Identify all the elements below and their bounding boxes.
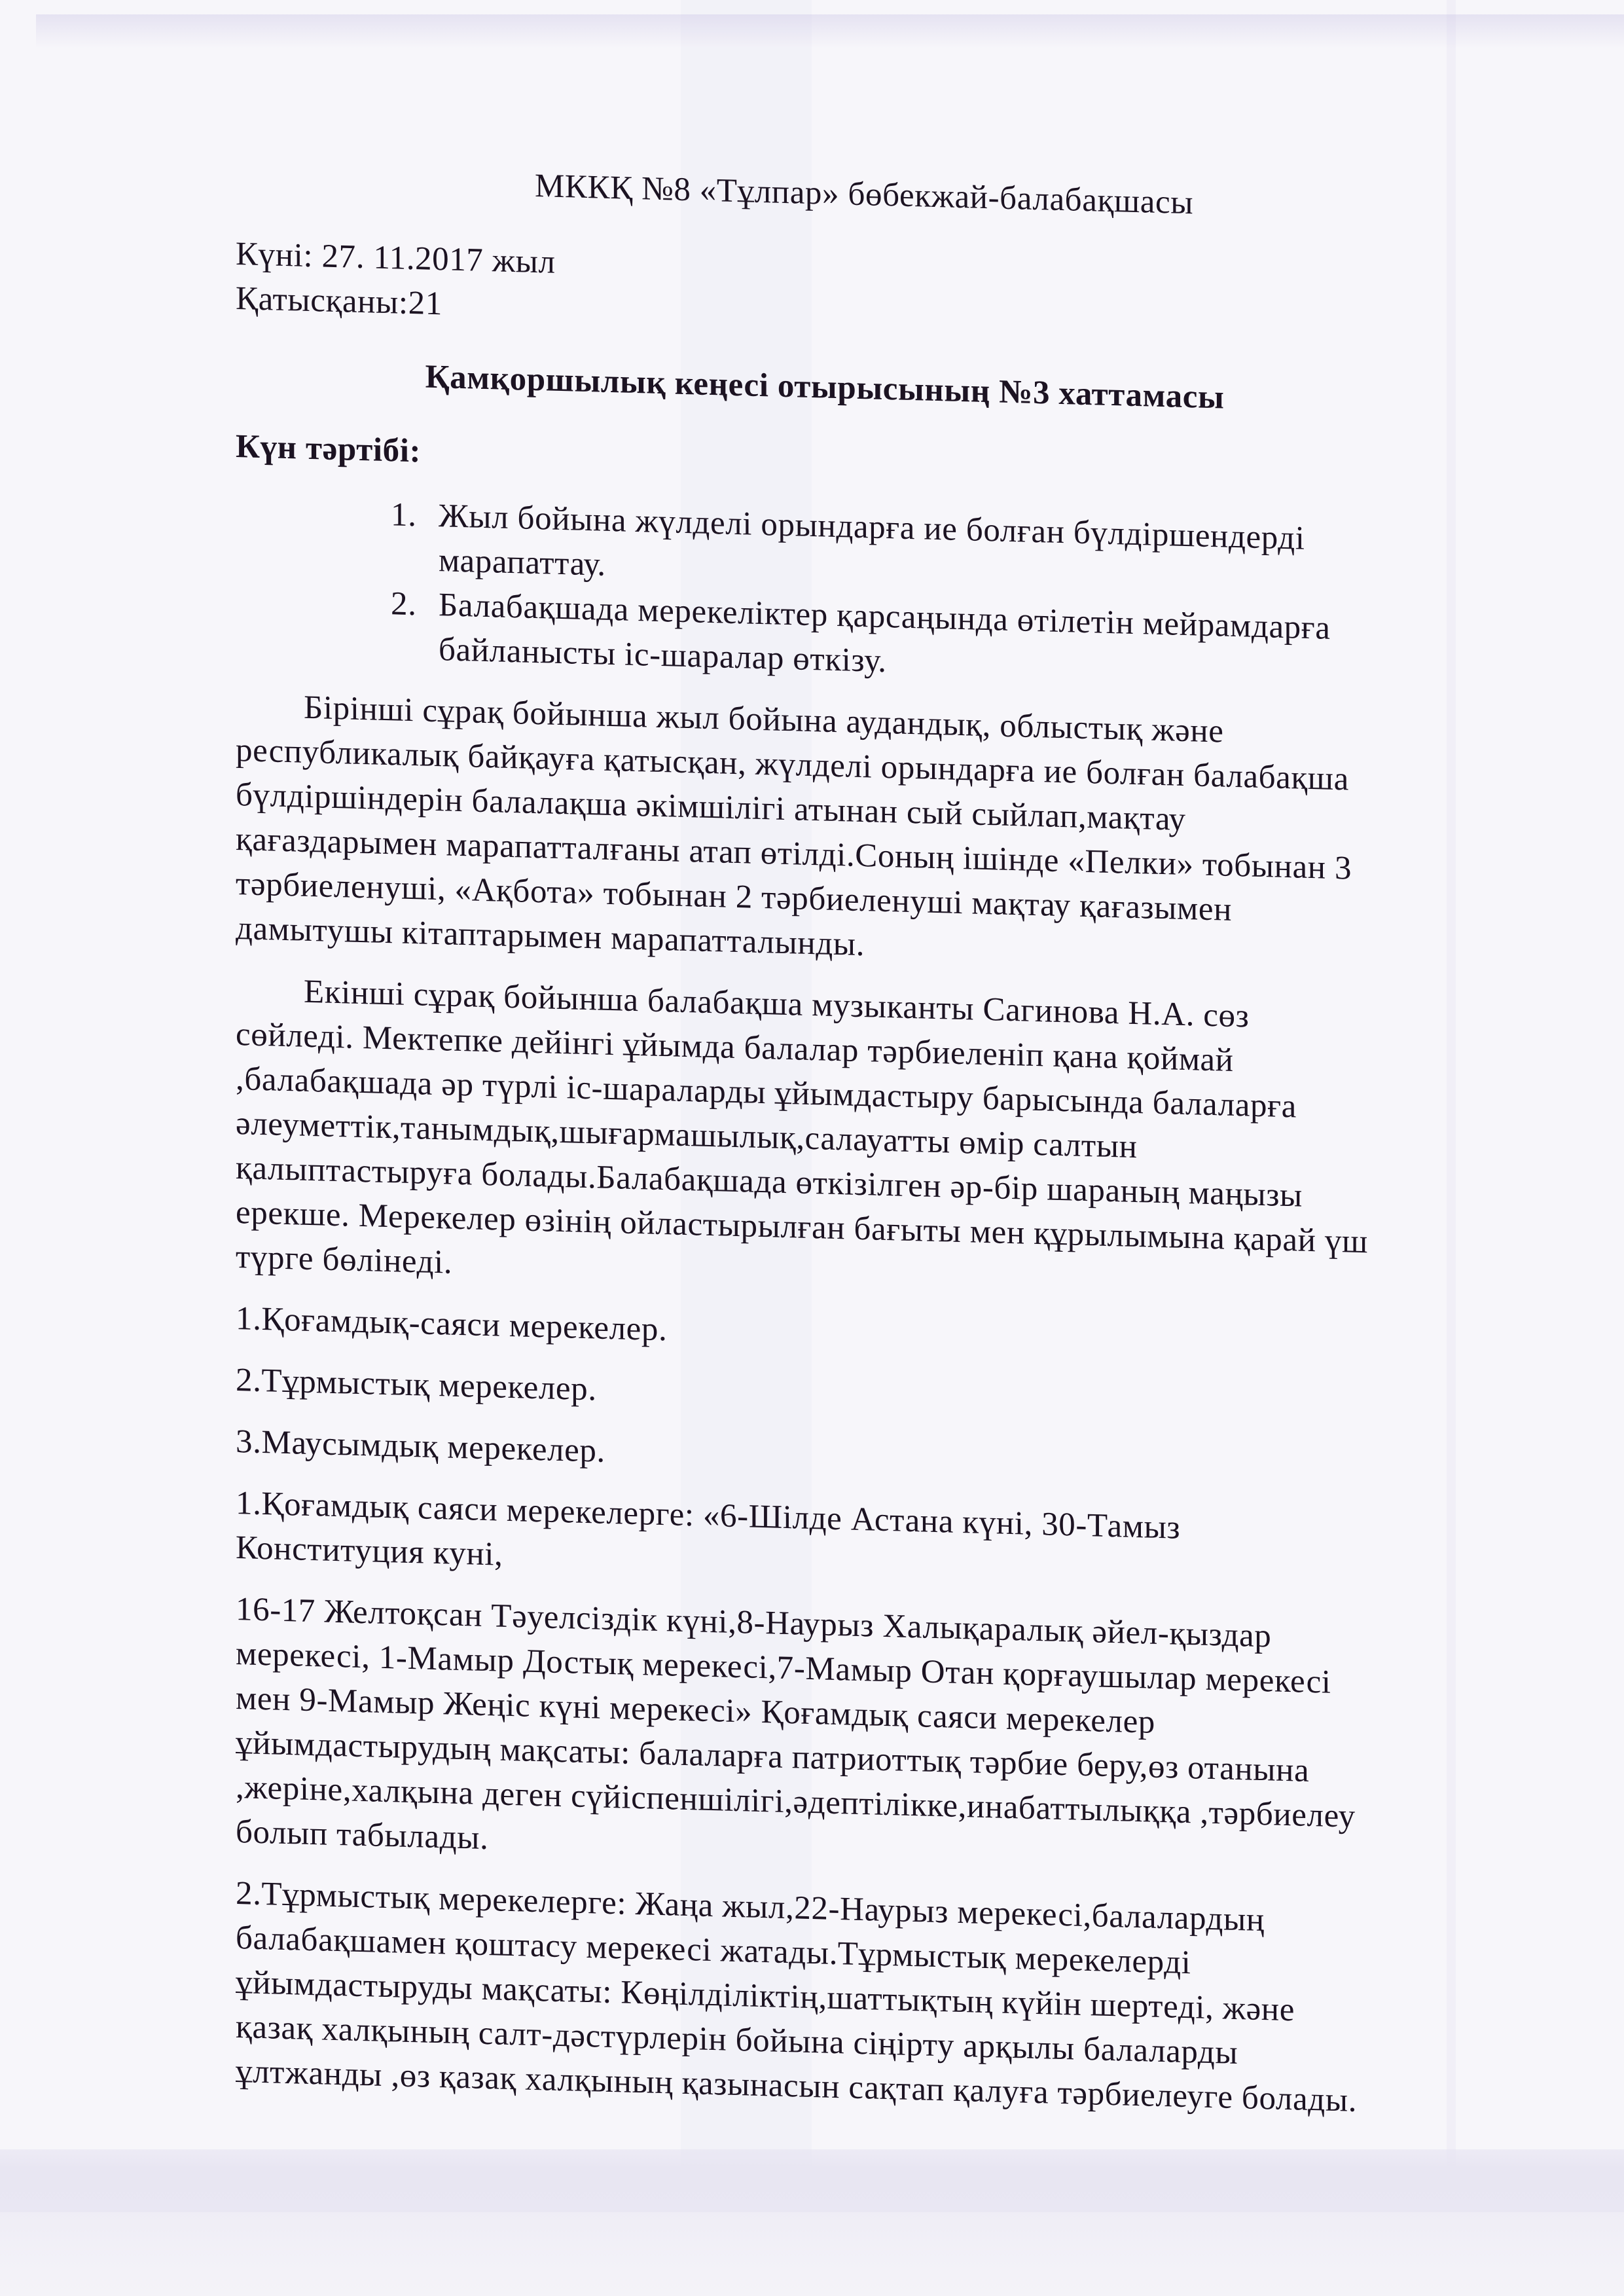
paragraph-domestic-holidays: 2.Тұрмыстық мерекелерге: Жаңа жыл,22-Нау…	[236, 1871, 1414, 2124]
agenda-list: 1. Жыл бойына жүлделі орындарға ие болға…	[236, 488, 1414, 697]
text-line: 2.Тұрмыстық мерекелер.	[236, 1358, 1414, 1433]
scan-artifact-vertical-streak-right	[1447, 0, 1456, 2296]
paragraph-second-question: Екінші сұрақ бойынша балабақша музыканты…	[236, 968, 1414, 1310]
document-title: МККҚ №8 «Тұлпар» бөбекжай-балабақшасы	[236, 156, 1414, 231]
paragraph-first-question: Бірінші сұрақ бойынша жыл бойына ауданды…	[236, 683, 1414, 981]
scanned-document-page: МККҚ №8 «Тұлпар» бөбекжай-балабақшасы Кү…	[0, 0, 1624, 2296]
paragraph-public-political-intro: 1.Қоғамдық саяси мерекелерге: «6-Шілде А…	[236, 1481, 1414, 1601]
scan-artifact-bottom-band-dark	[0, 2149, 1624, 2212]
holiday-types-list: 1.Қоғамдық-саяси мерекелер.2.Тұрмыстық м…	[236, 1296, 1414, 1495]
scan-artifact-bottom-band-light	[0, 2212, 1624, 2296]
scan-artifact-top-band	[36, 14, 1624, 48]
document-content: МККҚ №8 «Тұлпар» бөбекжай-балабақшасы Кү…	[236, 156, 1414, 2124]
paragraph-public-political-details: 16-17 Желтоқсан Тәуелсіздік күні,8-Науры…	[236, 1587, 1414, 1885]
document-meta: Күні: 27. 11.2017 жыл Қатысқаны:21	[236, 232, 1414, 352]
text-line: 3.Маусымдық мерекелер.	[236, 1419, 1414, 1495]
agenda-item-2-number: 2.	[391, 581, 439, 672]
text-line: 1.Қоғамдық-саяси мерекелер.	[236, 1296, 1414, 1372]
agenda-item-1-number: 1.	[391, 492, 439, 583]
protocol-heading: Қамқоршылық кеңесі отырысының №3 хаттама…	[236, 350, 1414, 425]
agenda-heading: Күн тәртібі:	[236, 424, 1414, 500]
